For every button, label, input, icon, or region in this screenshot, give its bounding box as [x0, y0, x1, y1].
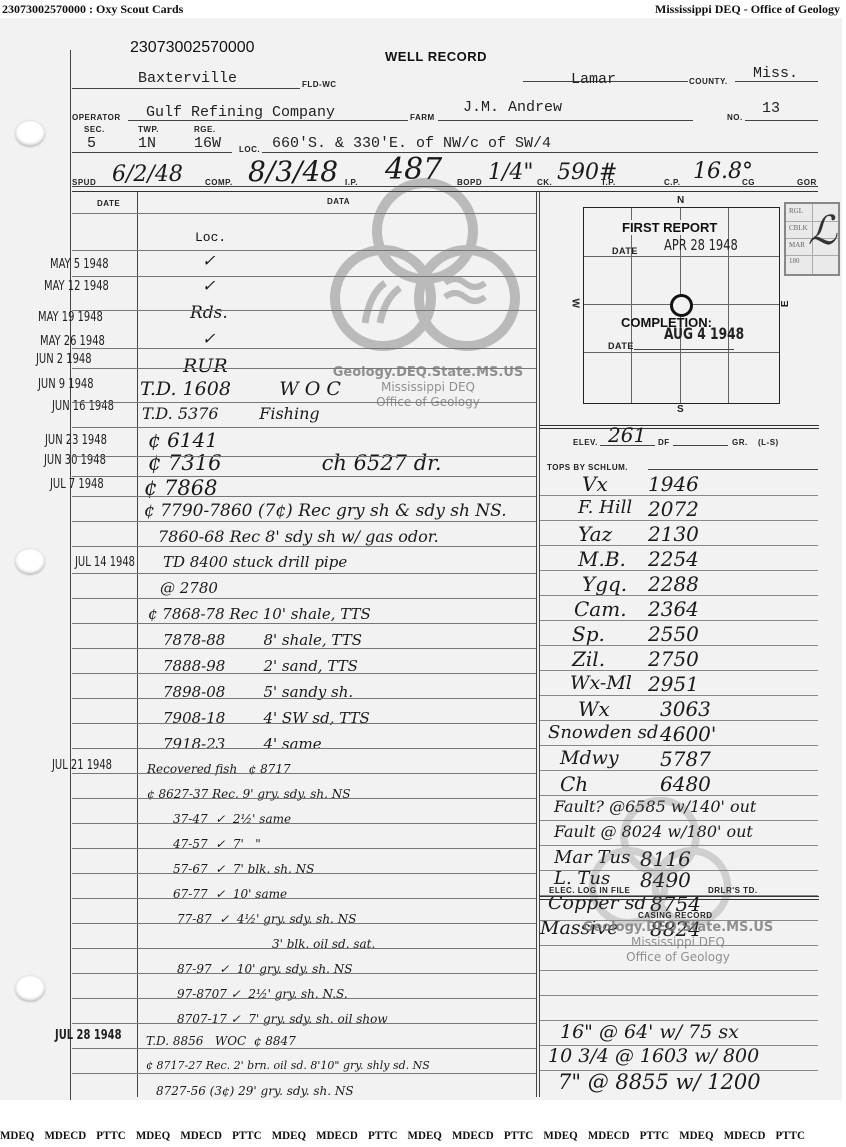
- ruled-line: [72, 823, 536, 824]
- top-depth: 1946: [648, 472, 699, 496]
- top-depth: 2951: [648, 672, 699, 696]
- ruled-line: [72, 573, 536, 574]
- punch-hole: [15, 121, 45, 147]
- log-date-21: JUL 21 1948: [52, 758, 112, 773]
- gr-label: GR.: [732, 438, 748, 447]
- ip-value: 487: [385, 152, 442, 187]
- log-date-1: MAY 5 1948: [50, 257, 109, 272]
- watermark-line2: Mississippi DEQ: [328, 380, 528, 394]
- ruled-line: [540, 945, 818, 946]
- log-data-9: ¢ 7316 ch 6527 dr.: [148, 451, 442, 475]
- log-date-6: JUN 9 1948: [38, 377, 94, 392]
- log-data-15: ¢ 7868-78 Rec 10' shale, TTS: [148, 605, 371, 623]
- initials-signature: ℒ: [808, 208, 837, 254]
- bopd-value: 1/4": [488, 160, 534, 185]
- document-title: 23073002570000 : Oxy Scout Cards: [2, 2, 183, 17]
- top-formation: Ygq.: [582, 572, 627, 596]
- ruled-line: [540, 745, 818, 746]
- ruled-line: [540, 1070, 818, 1071]
- log-date-3: MAY 19 1948: [38, 310, 103, 325]
- operator-label: OPERATOR: [72, 113, 121, 122]
- top-depth: 2288: [648, 572, 699, 596]
- log-data-5: RUR: [183, 355, 228, 377]
- ruled-line: [72, 848, 536, 849]
- completion-date-label: DATE: [608, 341, 634, 351]
- top-depth: 2364: [648, 597, 699, 621]
- log-data-6: T.D. 1608 W O C: [140, 378, 341, 400]
- ruled-line: [72, 521, 536, 522]
- top-depth: 5787: [660, 747, 711, 771]
- ruled-line: [540, 595, 818, 596]
- well-location-marker: [670, 294, 693, 317]
- ruled-line: [540, 720, 818, 721]
- ruled-line: [540, 895, 818, 896]
- operator-value: Gulf Refining Company: [146, 104, 335, 121]
- top-formation: Zil.: [572, 647, 605, 671]
- ruled-line: [72, 773, 536, 774]
- ruled-line: [540, 995, 818, 996]
- log-date-8: JUN 23 1948: [45, 433, 107, 448]
- watermark-line3: Office of Geology: [578, 950, 778, 964]
- field-label: FLD-WC: [302, 80, 337, 89]
- ruled-line: [72, 873, 536, 874]
- ruled-line: [72, 998, 536, 999]
- top-formation: Wx: [578, 697, 610, 721]
- farm-label: FARM: [410, 113, 435, 122]
- ruled-line: [72, 598, 536, 599]
- log-date-32: JUL 28 1948: [55, 1028, 122, 1043]
- ruled-line: [540, 1045, 818, 1046]
- log-data-1: ✓: [202, 251, 215, 270]
- log-data-2: ✓: [202, 276, 215, 295]
- routing-box: RGL CBLK MAR 180 ℒ: [784, 202, 840, 276]
- state-value: Miss.: [753, 65, 798, 82]
- first-report-label: FIRST REPORT: [622, 220, 717, 235]
- top-formation: Mar Tus: [554, 847, 630, 868]
- rge-value: 16W: [194, 135, 221, 152]
- rge-label: RGE.: [194, 125, 216, 134]
- elev-value: 261: [608, 423, 646, 447]
- map-west: W: [569, 299, 580, 309]
- top-formation: Cam.: [574, 597, 627, 621]
- ruled-line: [540, 645, 818, 646]
- ruled-line: [72, 723, 536, 724]
- mdeq-logo-watermark-icon: [325, 173, 525, 373]
- loc-label: LOC.: [239, 145, 260, 154]
- drlr-td-label: DRLR'S TD.: [708, 886, 758, 895]
- ruled-line: [72, 1073, 536, 1074]
- twp-label: TWP.: [138, 125, 159, 134]
- scout-card: 23073002570000 WELL RECORD Baxterville F…: [0, 18, 842, 1100]
- ruled-line: [540, 495, 818, 496]
- log-date-4: MAY 26 1948: [40, 334, 105, 349]
- top-formation: Vx: [582, 472, 608, 496]
- top-formation: Yaz: [578, 522, 612, 546]
- ruled-line: [72, 546, 536, 547]
- log-date-2: MAY 12 1948: [44, 279, 109, 294]
- df-label: DF: [658, 438, 670, 447]
- comp-value: 8/3/48: [248, 155, 338, 188]
- log-data-7: T.D. 5376 Fishing: [142, 404, 320, 423]
- log-data-0: Loc.: [195, 230, 226, 245]
- top-depth: 8490: [640, 868, 691, 892]
- top-depth: 2130: [648, 522, 699, 546]
- ruled-line: [540, 520, 818, 521]
- log-data-34: 8727-56 (3¢) 29' gry. sdy. sh. NS: [156, 1084, 354, 1098]
- ruled-line: [540, 770, 818, 771]
- first-report-date-label: DATE: [612, 246, 638, 256]
- log-data-3: Rds.: [190, 303, 228, 323]
- log-data-8: ¢ 6141: [148, 428, 218, 452]
- form-title: WELL RECORD: [385, 49, 487, 64]
- log-data-16: 7878-88 8' shale, TTS: [163, 631, 362, 649]
- log-data-32: T.D. 8856 WOC ¢ 8847: [146, 1034, 296, 1048]
- ruled-line: [72, 250, 536, 251]
- log-date-10: JUL 7 1948: [50, 477, 104, 492]
- ruled-line: [540, 845, 818, 846]
- ruled-line: [72, 276, 536, 277]
- field-value: Baxterville: [138, 70, 237, 87]
- top-depth: 2750: [648, 647, 699, 671]
- ruled-line: [540, 620, 818, 621]
- first-report-date: APR 28 1948: [664, 236, 738, 254]
- watermark-line2: Mississippi DEQ: [578, 935, 778, 949]
- ruled-line: [72, 948, 536, 949]
- spud-value: 6/2/48: [112, 162, 183, 187]
- map-north: N: [677, 195, 685, 206]
- elev-label: ELEV.: [573, 438, 598, 447]
- top-formation: Fault @ 8024 w/180' out: [554, 822, 753, 841]
- county-value: Lamar: [571, 71, 616, 88]
- ruled-line: [540, 970, 818, 971]
- ruled-line: [72, 1023, 536, 1024]
- ruled-line: [72, 898, 536, 899]
- top-formation: Sp.: [572, 622, 605, 646]
- log-data-14: @ 2780: [160, 579, 218, 597]
- ruled-line: [72, 973, 536, 974]
- ruled-line: [72, 427, 536, 428]
- ruled-line: [540, 820, 818, 821]
- casing-entry: 10 3/4 @ 1603 w/ 800: [548, 1045, 759, 1067]
- footer-banner: MDEQ MDECD PTTC MDEQ MDECD PTTC MDEQ MDE…: [0, 1128, 778, 1143]
- casing-entry: 16" @ 64' w/ 75 sx: [560, 1021, 739, 1043]
- log-date-5: JUN 2 1948: [36, 352, 92, 367]
- elec-log-label: ELEC. LOG IN FILE: [549, 886, 630, 895]
- ruled-line: [72, 496, 536, 497]
- map-south: S: [677, 404, 684, 415]
- top-formation: Ch: [560, 772, 588, 796]
- ruled-line: [540, 695, 818, 696]
- ruled-line: [72, 623, 536, 624]
- ruled-line: [72, 348, 536, 349]
- ruled-line: [540, 670, 818, 671]
- log-data-33: ¢ 8717-27 Rec. 2' brn. oil sd. 8'10" gry…: [146, 1059, 430, 1072]
- punch-hole: [15, 549, 45, 575]
- log-data-19: 7908-18 4' SW sd, TTS: [163, 709, 370, 727]
- top-formation: Snowden sd: [548, 722, 658, 743]
- farm-value: J.M. Andrew: [463, 99, 562, 116]
- ruled-line: [540, 920, 818, 921]
- ls-label: (L-S): [758, 438, 779, 447]
- log-data-13: TD 8400 stuck drill pipe: [163, 553, 347, 571]
- top-depth: 3063: [660, 697, 711, 721]
- sec-label: SEC.: [84, 125, 105, 134]
- ruled-line: [72, 310, 536, 311]
- ruled-line: [72, 1048, 536, 1049]
- log-data-4: ✓: [202, 329, 215, 348]
- source-title: Mississippi DEQ - Office of Geology: [655, 2, 840, 17]
- tops-label: TOPS BY SCHLUM.: [547, 463, 628, 472]
- top-depth: 6480: [660, 772, 711, 796]
- top-depth: 2072: [648, 497, 699, 521]
- punch-hole: [15, 976, 45, 1002]
- twp-value: 1N: [138, 135, 156, 152]
- ruled-line: [72, 648, 536, 649]
- top-formation: Wx-Ml: [570, 672, 632, 694]
- log-data-12: 7860-68 Rec 8' sdy sh w/ gas odor.: [158, 527, 439, 546]
- top-formation: M.B.: [578, 547, 626, 571]
- ruled-line: [72, 923, 536, 924]
- completion-date: AUG 4 1948: [664, 324, 744, 343]
- loc-value: 660'S. & 330'E. of NW/c of SW/4: [272, 135, 551, 152]
- ruled-line: [540, 795, 818, 796]
- api-number: 23073002570000: [130, 39, 255, 57]
- watermark-line1: Geology.DEQ.State.MS.US: [578, 920, 778, 935]
- well-no-value: 13: [762, 100, 780, 117]
- ruled-line: [540, 1020, 818, 1021]
- top-depth: 4600': [660, 722, 716, 746]
- ruled-line: [72, 456, 536, 457]
- well-no-label: NO.: [727, 113, 743, 122]
- top-depth: 2550: [648, 622, 699, 646]
- ruled-line: [72, 402, 536, 403]
- casing-entry: 7" @ 8855 w/ 1200: [558, 1070, 761, 1094]
- log-date-13: JUL 14 1948: [75, 555, 135, 570]
- top-formation: Mdwy: [560, 747, 619, 769]
- top-formation: F. Hill: [578, 497, 632, 518]
- top-formation: Fault? @6585 w/140' out: [554, 797, 756, 816]
- log-data-11: ¢ 7790-7860 (7¢) Rec gry sh & sdy sh NS.: [144, 501, 507, 521]
- ruled-line: [72, 698, 536, 699]
- ruled-line: [72, 673, 536, 674]
- data-column-header: DATA: [327, 197, 350, 206]
- sec-value: 5: [87, 135, 96, 152]
- casing-record-label: CASING RECORD: [638, 911, 713, 920]
- top-depth: 2254: [648, 547, 699, 571]
- date-column-header: DATE: [97, 199, 120, 208]
- log-data-20: 7918-23 4' same: [163, 735, 322, 753]
- ruled-line: [540, 570, 818, 571]
- map-east: E: [780, 300, 791, 307]
- ruled-line: [72, 748, 536, 749]
- ruled-line: [540, 545, 818, 546]
- ruled-line: [540, 870, 818, 871]
- location-map: FIRST REPORT DATE APR 28 1948 COMPLETION…: [583, 207, 780, 404]
- county-label: COUNTY.: [689, 77, 728, 86]
- ruled-line: [72, 213, 536, 214]
- ruled-line: [72, 798, 536, 799]
- page-header: 23073002570000 : Oxy Scout Cards Mississ…: [0, 0, 846, 18]
- ruled-line: [72, 368, 536, 369]
- ruled-line: [72, 476, 536, 477]
